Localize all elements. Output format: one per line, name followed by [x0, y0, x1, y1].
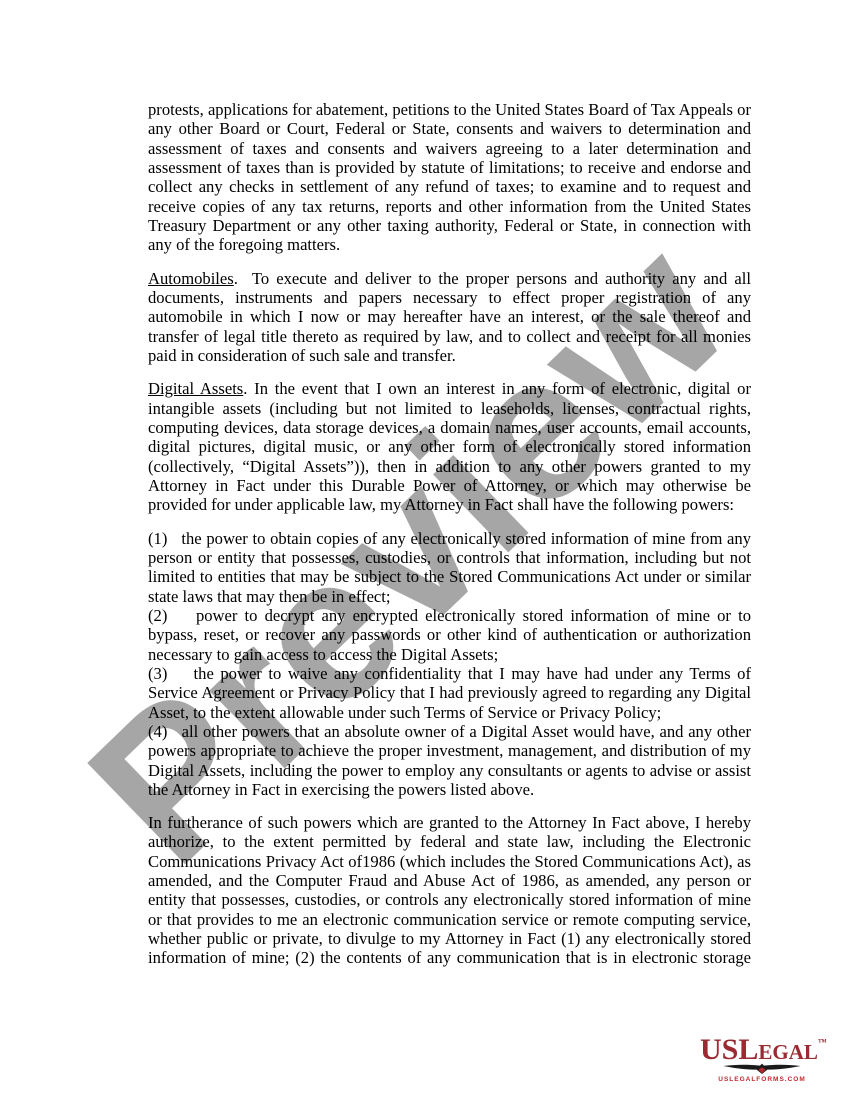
paragraph-automobiles: Automobiles. To execute and deliver to t… — [148, 269, 751, 366]
paragraph-digital-assets: Digital Assets. In the event that I own … — [148, 379, 751, 514]
uslegal-logo: USLEGAL™ USLEGALFORMS.COM — [700, 1027, 824, 1083]
digital-assets-heading: Digital Assets — [148, 379, 243, 398]
power-item-3: (3) the power to waive any confidentiali… — [148, 664, 751, 722]
paragraph-furtherance-text: In furtherance of such powers which are … — [148, 813, 751, 967]
uslegal-website: USLEGALFORMS.COM — [700, 1076, 824, 1083]
digital-asset-powers-list: (1) the power to obtain copies of any el… — [148, 529, 751, 800]
digital-assets-text: . In the event that I own an interest in… — [148, 379, 751, 514]
power-item-4: (4) all other powers that an absolute ow… — [148, 722, 751, 799]
document-body: protests, applications for abatement, pe… — [148, 100, 751, 982]
paragraph-tax-powers: protests, applications for abatement, pe… — [148, 100, 751, 255]
uslegal-wordmark: USLEGAL™ — [700, 1027, 824, 1070]
uslegal-wordmark-small: EGAL — [758, 1040, 818, 1064]
power-item-2: (2) power to decrypt any encrypted elect… — [148, 606, 751, 664]
paragraph-tax-powers-text: protests, applications for abatement, pe… — [148, 100, 751, 254]
paragraph-furtherance: In furtherance of such powers which are … — [148, 813, 751, 968]
trademark-symbol: ™ — [818, 1037, 827, 1047]
automobiles-heading: Automobiles — [148, 269, 234, 288]
power-item-1: (1) the power to obtain copies of any el… — [148, 529, 751, 606]
automobiles-text: . To execute and deliver to the proper p… — [148, 269, 751, 365]
document-page: Preview protests, applications for abate… — [0, 0, 850, 1100]
uslegal-wordmark-large: USL — [700, 1033, 758, 1066]
